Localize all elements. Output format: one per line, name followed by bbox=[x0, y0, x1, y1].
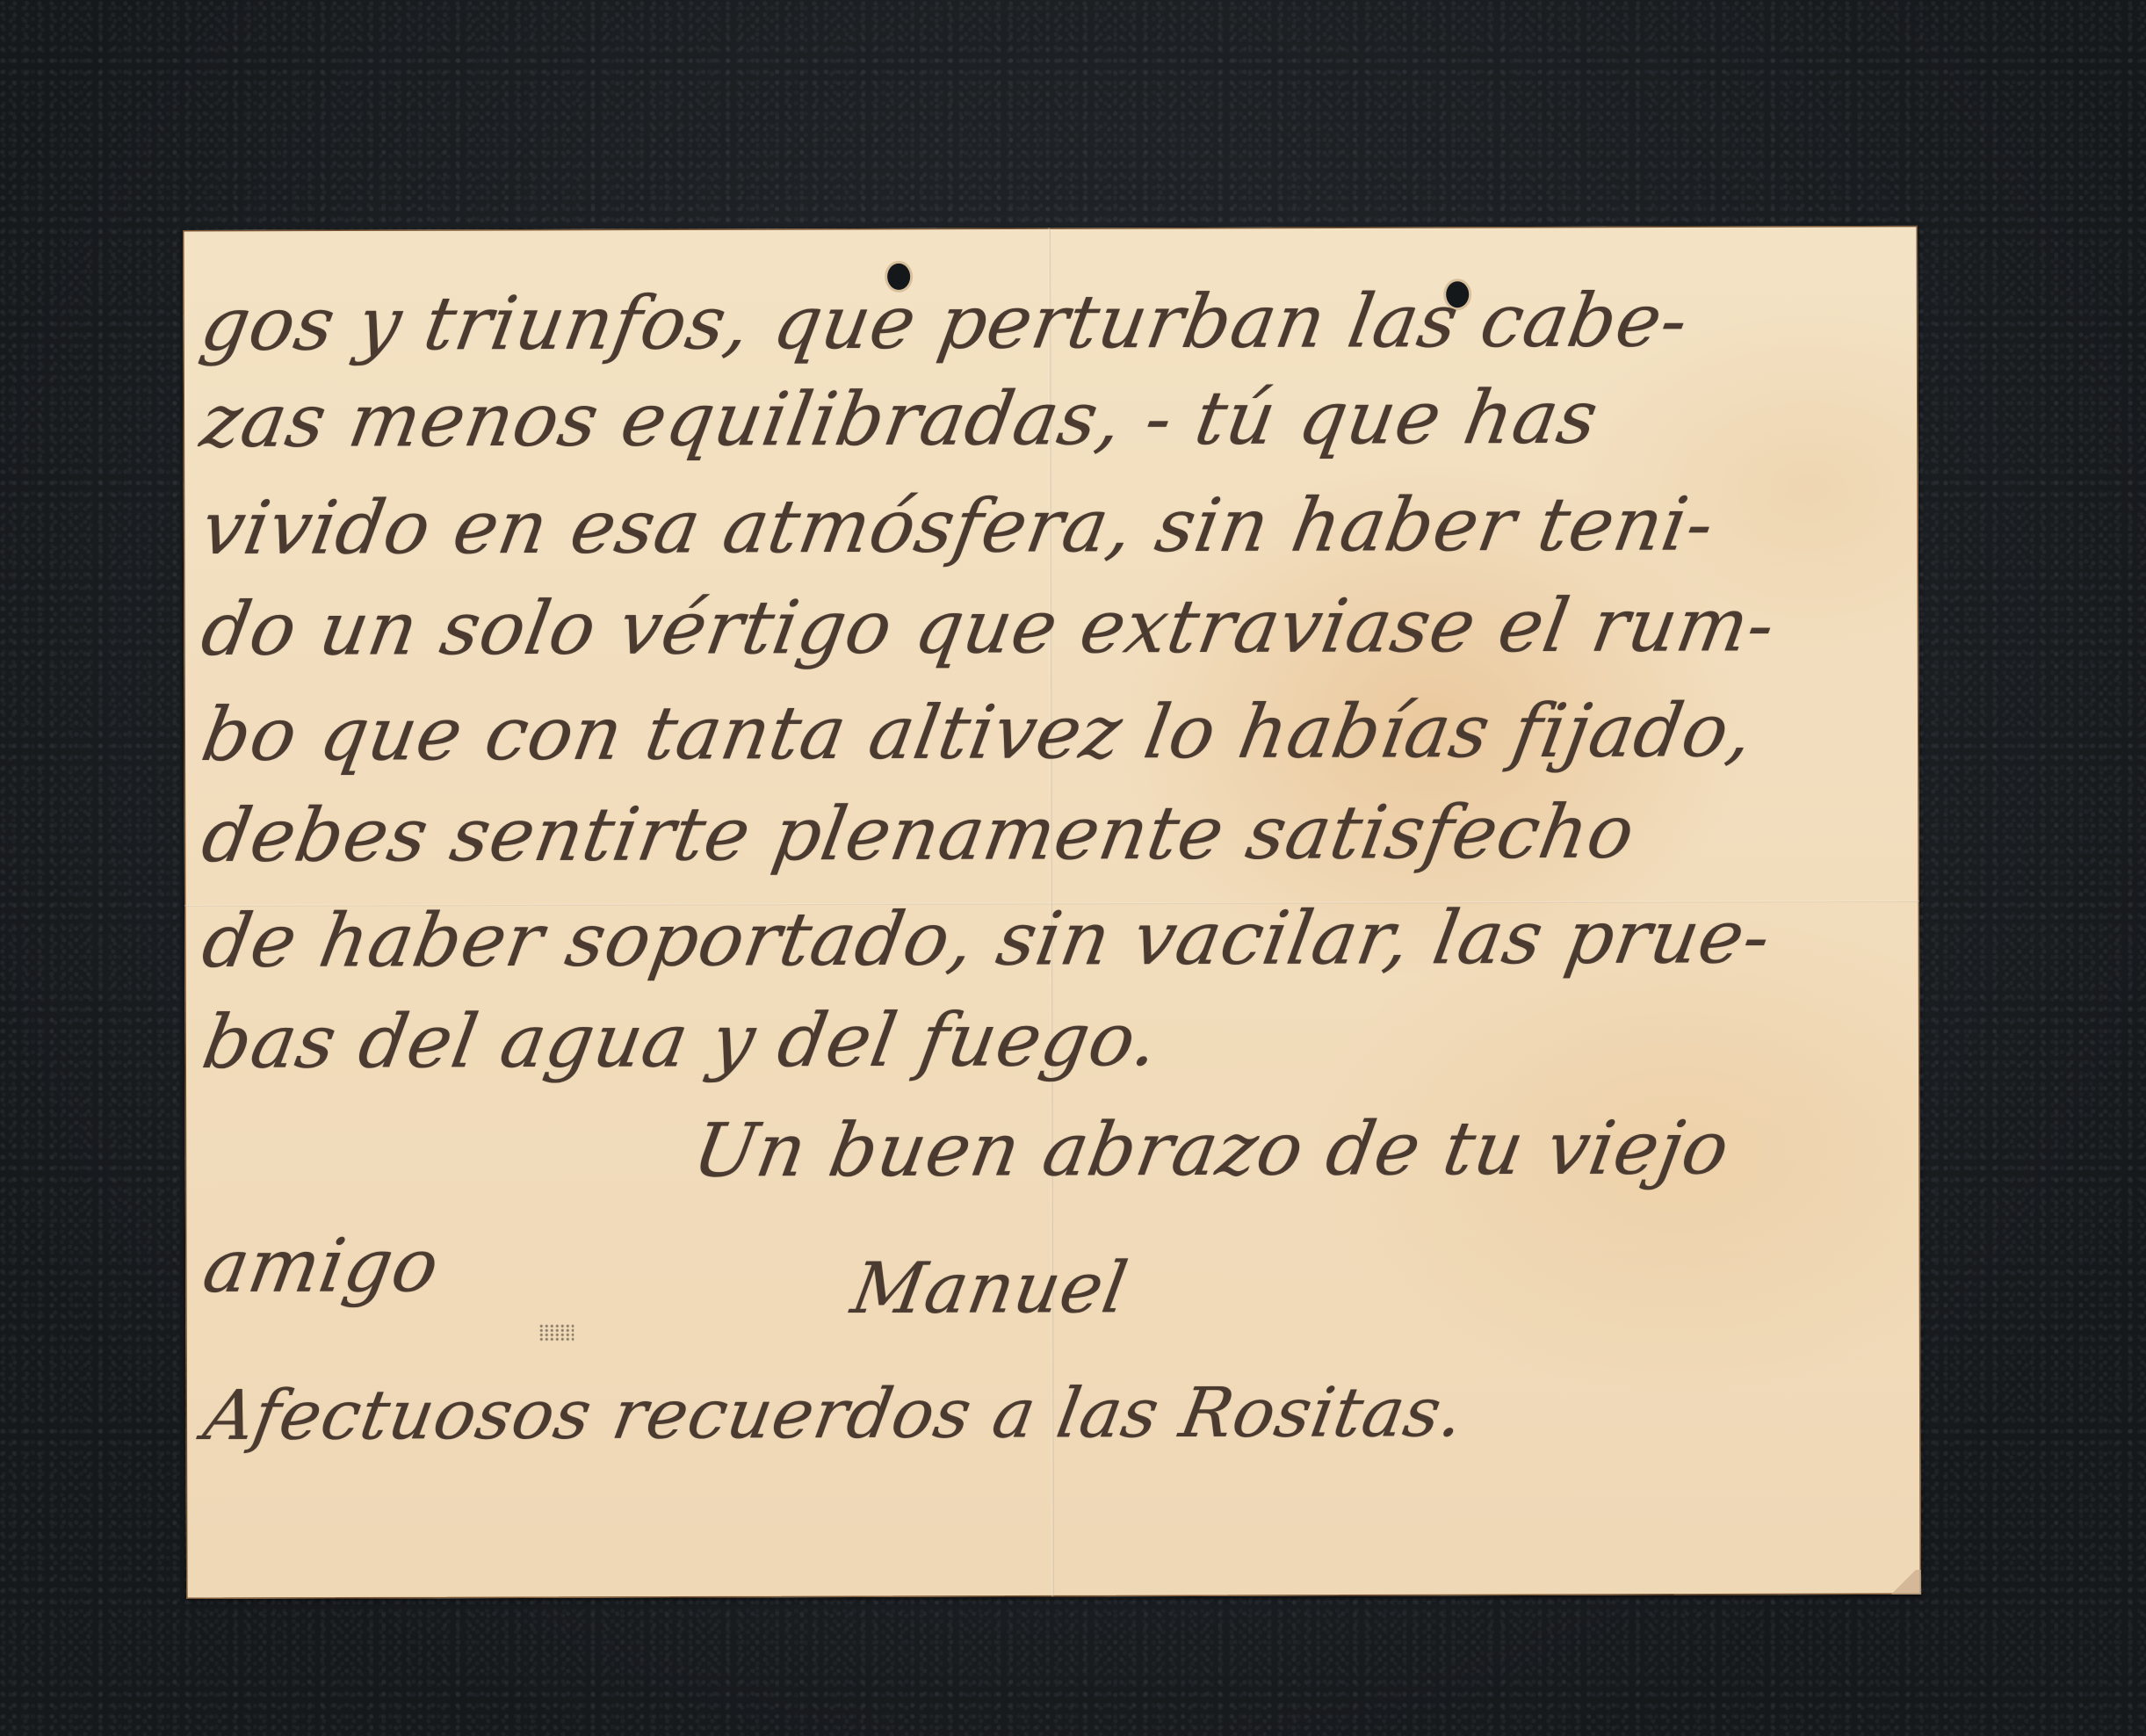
letter-text: gos y triunfos, que perturban las cabe- … bbox=[183, 226, 1921, 1599]
body-line-3: vivido en esa atmósfera, sin haber teni- bbox=[195, 481, 1721, 571]
closing-continued: amigo bbox=[198, 1222, 446, 1309]
body-line-8: bas del agua y del fuego. bbox=[197, 996, 1166, 1085]
postscript: Afectuosos recuerdos a las Rositas. bbox=[199, 1373, 1470, 1456]
body-line-6: debes sentirte plenamente satisfecho bbox=[196, 789, 1641, 879]
body-line-1: gos y triunfos, que perturban las cabe- bbox=[195, 277, 1695, 366]
closing-line: Un buen abrazo de tu viejo bbox=[687, 1104, 1736, 1193]
body-line-4: do un solo vértigo que extraviase el rum… bbox=[196, 582, 1782, 672]
letter-paper: gos y triunfos, que perturban las cabe- … bbox=[183, 226, 1921, 1599]
signature: Manuel bbox=[846, 1247, 1134, 1329]
body-line-2: zas menos equilibradas, - tú que has bbox=[195, 374, 1605, 464]
body-line-5: bo que con tanta altivez lo habías fijad… bbox=[196, 687, 1760, 778]
body-line-7: de haber soportado, sin vacilar, las pru… bbox=[197, 893, 1778, 984]
